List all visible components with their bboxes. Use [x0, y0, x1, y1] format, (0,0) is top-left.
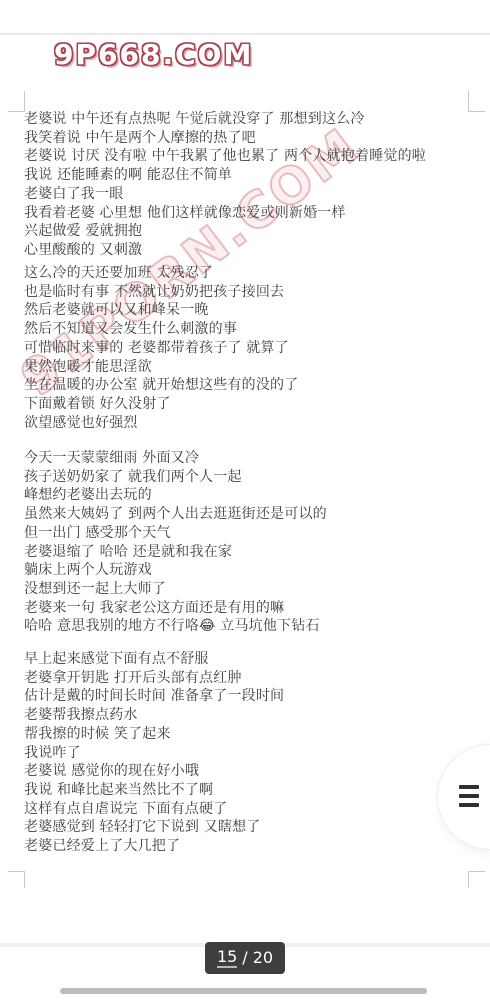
paragraph-2: 这么冷的天还要加班 太残忍了也是临时有事 不然就让奶奶把孩子接回去然后老婆就可以… — [24, 264, 472, 432]
text-line: 估计是戴的时间长时间 准备拿了一段时间 — [24, 687, 472, 706]
text-line: 我说 还能睡素的啊 能忍住不简单 — [24, 166, 472, 185]
site-logo: 9P668.COM — [54, 38, 253, 71]
total-page-count: 20 — [253, 950, 273, 966]
text-line: 我说咋了 — [24, 744, 472, 763]
text-line: 然后老婆就可以又和峰呆一晚 — [24, 301, 472, 320]
text-line: 老婆拿开钥匙 打开后头部有点红肿 — [24, 669, 472, 688]
text-line: 老婆帮我擦点药水 — [24, 706, 472, 725]
text-line: 我笑着说 中午是两个人摩擦的热了吧 — [24, 129, 472, 148]
text-line: 躺床上两个人玩游戏 — [24, 561, 472, 580]
text-line: 我说 和峰比起来当然比不了啊 — [24, 781, 472, 800]
text-line: 老婆说 中午还有点热呢 午觉后就没穿了 那想到这么冷 — [24, 110, 472, 129]
text-line: 帮我擦的时候 笑了起来 — [24, 725, 472, 744]
text-line: 早上起来感觉下面有点不舒服 — [24, 650, 472, 669]
text-line: 兴起做爱 爱就拥抱 — [24, 222, 472, 241]
header-divider — [0, 33, 490, 35]
text-line: 老婆感觉到 轻轻打它下说到 又瞎想了 — [24, 818, 472, 837]
reader-screen: 9P668.COM 91PORN.COM 老婆说 中午还有点热呢 午觉后就没穿了… — [0, 0, 490, 1000]
text-line: 也是临时有事 不然就让奶奶把孩子接回去 — [24, 283, 472, 302]
page-corner-mark-bottom-left — [8, 871, 25, 888]
paragraph-3: 今天一天蒙蒙细雨 外面又冷孩子送奶奶家了 就我们两个人一起峰想约老婆出去玩的虽然… — [24, 449, 472, 636]
current-page-number: 15 — [217, 949, 237, 968]
text-line: 坐在温暖的办公室 就开始想这些有的没的了 — [24, 376, 472, 395]
text-line: 峰想约老婆出去玩的 — [24, 486, 472, 505]
text-line: 老婆来一句 我家老公这方面还是有用的嘛 — [24, 599, 472, 618]
text-line: 但一出门 感受那个天气 — [24, 524, 472, 543]
top-bar — [0, 0, 490, 33]
text-line: 我看着老婆 心里想 他们这样就像恋爱或则新婚一样 — [24, 204, 472, 223]
scroll-progress-bar[interactable] — [60, 988, 427, 994]
text-line: 果然饱暖才能思淫欲 — [24, 358, 472, 377]
page-corner-mark-top-right — [468, 91, 485, 112]
text-line: 孩子送奶奶家了 就我们两个人一起 — [24, 468, 472, 487]
paragraph-1: 老婆说 中午还有点热呢 午觉后就没穿了 那想到这么冷我笑着说 中午是两个人摩擦的… — [24, 110, 472, 260]
text-line: 老婆已经爱上了大几把了 — [24, 837, 472, 856]
text-line: 老婆说 讨厌 没有啦 中午我累了他也累了 两个人就抱着睡觉的啦 — [24, 147, 472, 166]
paragraph-4: 早上起来感觉下面有点不舒服老婆拿开钥匙 打开后头部有点红肿估计是戴的时间长时间 … — [24, 650, 472, 856]
text-line: 老婆说 感觉你的现在好小哦 — [24, 762, 472, 781]
page-corner-mark-bottom-right — [468, 871, 485, 888]
text-line: 然后不知道又会发生什么刺激的事 — [24, 320, 472, 339]
text-line: 老婆退缩了 哈哈 还是就和我在家 — [24, 543, 472, 562]
text-line: 心里酸酸的 又刺激 — [24, 241, 472, 260]
text-line: 老婆白了我一眼 — [24, 185, 472, 204]
text-line: 哈哈 意思我别的地方不行咯😂 立马坑他下钻石 — [24, 617, 472, 636]
text-line: 这么冷的天还要加班 太残忍了 — [24, 264, 472, 283]
text-line: 欲望感觉也好强烈 — [24, 414, 472, 433]
text-line: 今天一天蒙蒙细雨 外面又冷 — [24, 449, 472, 468]
page-separator: / — [242, 950, 247, 966]
text-line: 下面戴着锁 好久没射了 — [24, 395, 472, 414]
page-indicator[interactable]: 15 / 20 — [205, 942, 285, 974]
text-line: 这样有点自虐说完 下面有点硬了 — [24, 800, 472, 819]
text-line: 虽然来大姨妈了 到两个人出去逛逛街还是可以的 — [24, 505, 472, 524]
text-line: 可惜临时来事的 老婆都带着孩子了 就算了 — [24, 339, 472, 358]
text-line: 没想到还一起上大师了 — [24, 580, 472, 599]
page-corner-mark-top-left — [8, 91, 25, 112]
